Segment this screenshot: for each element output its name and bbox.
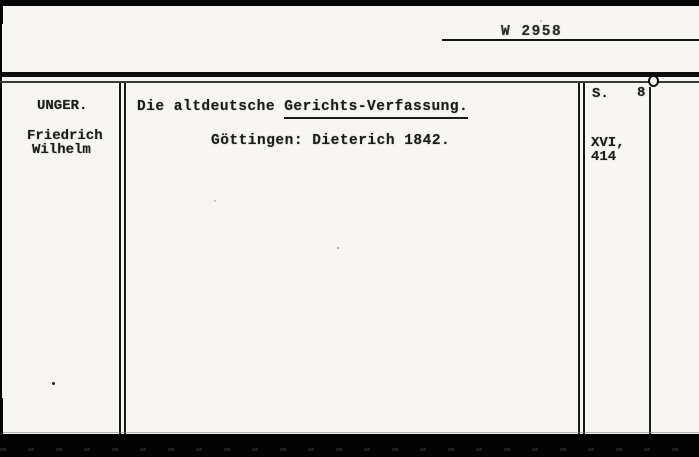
pages-label: S. <box>592 87 609 102</box>
scan-speck <box>52 382 55 385</box>
scanner-strip-noise <box>0 448 699 451</box>
scan-speck <box>540 20 542 22</box>
arabic-pagination: 414 <box>591 150 616 165</box>
scan-edge-artifact-top <box>0 6 3 24</box>
octavo-degree-mark <box>648 75 659 87</box>
right-margin-line <box>649 87 651 434</box>
author-forename-line2: Wilhelm <box>32 143 91 158</box>
author-surname: UNGER. <box>37 99 87 114</box>
scan-speck <box>337 247 339 249</box>
format-number: 8 <box>637 86 645 101</box>
card-bottom-edge <box>0 432 699 433</box>
title-prefix: Die altdeutsche <box>137 99 284 115</box>
scan-speck <box>214 200 216 202</box>
scanned-catalog-card-page: W 2958 UNGER. Friedrich Wilhelm Die altd… <box>0 0 699 457</box>
imprint-line: Göttingen: Dieterich 1842. <box>211 134 450 149</box>
collation-column-divider <box>578 83 585 434</box>
scan-edge-artifact-bottom <box>0 398 3 434</box>
title-underlined: Gerichts-Verfassung. <box>284 99 468 119</box>
catalog-card <box>2 6 699 434</box>
call-number: W 2958 <box>501 25 562 40</box>
header-rule-thick <box>0 72 699 77</box>
header-rule-thin <box>0 81 699 83</box>
author-column-divider <box>119 83 126 434</box>
title-line: Die altdeutsche Gerichts-Verfassung. <box>137 100 468 115</box>
call-number-underline <box>442 39 699 41</box>
